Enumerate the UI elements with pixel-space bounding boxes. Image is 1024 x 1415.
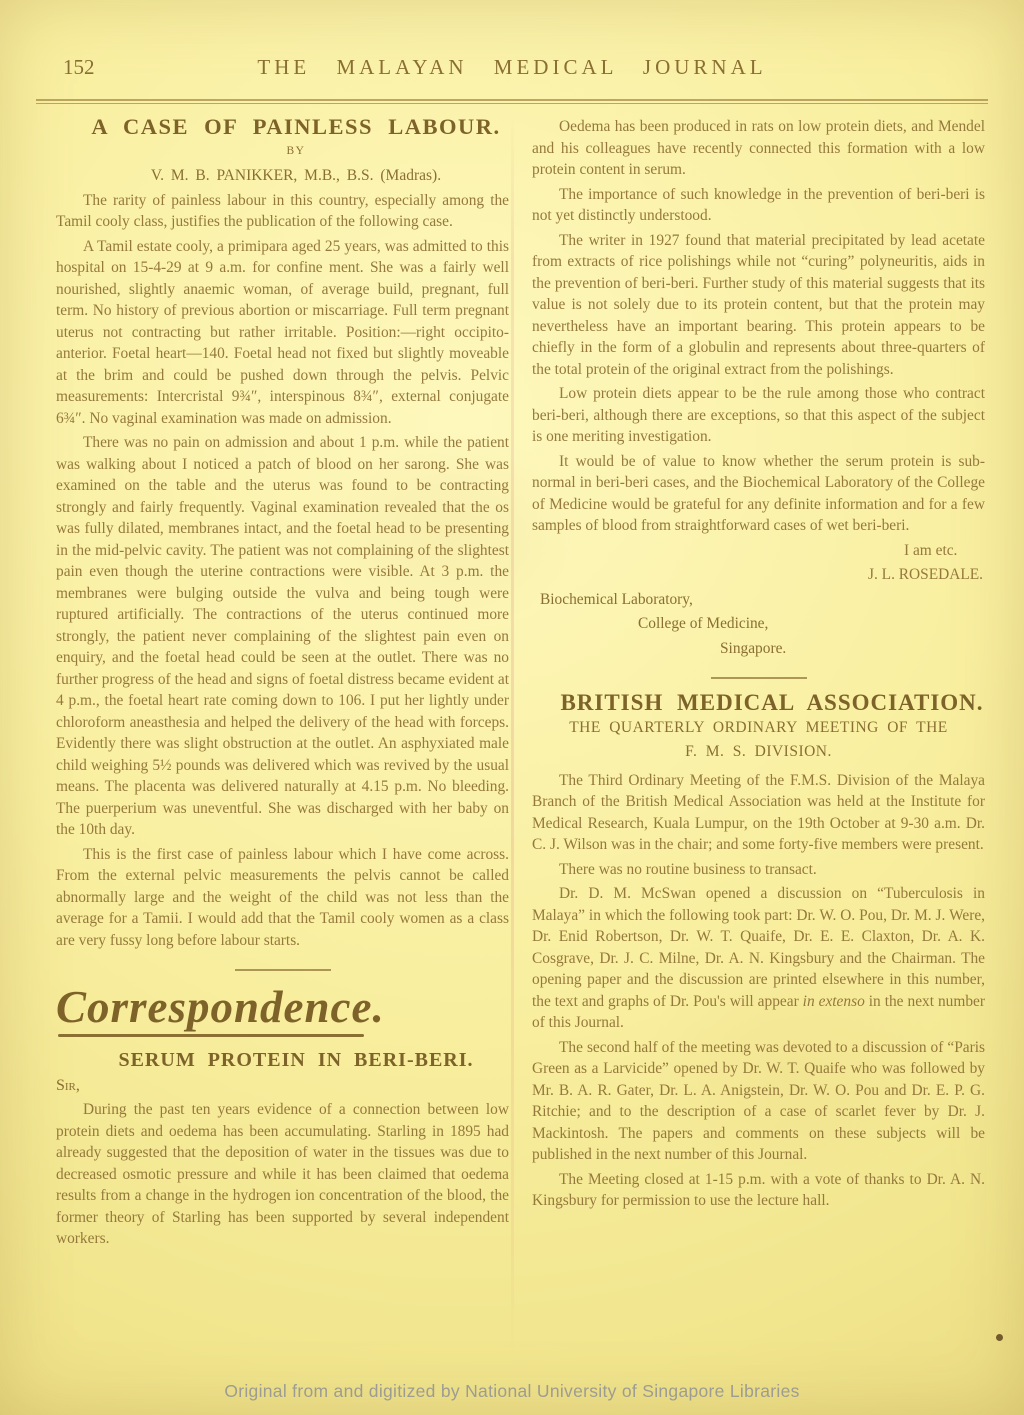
correspondence-underline: [58, 1034, 364, 1037]
latin-phrase: in extenso: [803, 993, 865, 1010]
header-rule: [36, 99, 988, 104]
section-divider: [711, 677, 807, 679]
author-name: V. M. B. PANIKKER, M.B., B.S. (Madras).: [56, 165, 509, 190]
bma-paragraph: The Meeting closed at 1-15 p.m. with a v…: [532, 1169, 985, 1215]
letter-paragraph: It would be of value to know whether the…: [532, 451, 985, 540]
article-paragraph: This is the first case of painless labou…: [56, 844, 509, 955]
article-paragraph: The rarity of painless labour in this co…: [56, 190, 509, 236]
bma-paragraph: The Third Ordinary Meeting of the F.M.S.…: [532, 770, 985, 859]
letter-closing: I am etc.: [532, 540, 985, 565]
address-line: College of Medicine,: [532, 613, 985, 638]
journal-title: THE MALAYAN MEDICAL JOURNAL: [0, 55, 1024, 80]
journal-page: 152 THE MALAYAN MEDICAL JOURNAL A CASE O…: [0, 0, 1024, 1415]
byline-label: BY: [56, 141, 509, 166]
letter-paragraph: The writer in 1927 found that material p…: [532, 230, 985, 384]
right-column: Oedema has been produced in rats on low …: [532, 116, 985, 1253]
bma-section-title: BRITISH MEDICAL ASSOCIATION.: [532, 692, 985, 717]
bma-paragraph: There was no routine business to transac…: [532, 859, 985, 884]
two-column-layout: A CASE OF PAINLESS LABOUR. BY V. M. B. P…: [56, 116, 986, 1253]
correspondence-section-title: Correspondence.: [56, 984, 509, 1031]
article-paragraph: There was no pain on admission and about…: [56, 432, 509, 844]
text-run: Dr. D. M. McSwan opened a discussion on …: [532, 885, 985, 1010]
bma-paragraph: Dr. D. M. McSwan opened a discussion on …: [532, 883, 985, 1037]
article-title: A CASE OF PAINLESS LABOUR.: [56, 116, 509, 141]
article-paragraph: A Tamil estate cooly, a primipara aged 2…: [56, 236, 509, 433]
letter-paragraph: During the past ten years evidence of a …: [56, 1099, 509, 1253]
bma-subtitle-line2: F. M. S. DIVISION.: [532, 741, 985, 770]
letter-paragraph: Oedema has been produced in rats on low …: [532, 116, 985, 184]
paper-speck: [996, 1334, 1003, 1341]
letter-paragraph: Low protein diets appear to be the rule …: [532, 383, 985, 451]
section-divider: [235, 969, 331, 971]
digitization-footer: Original from and digitized by National …: [0, 1381, 1024, 1402]
address-line: Singapore.: [532, 638, 985, 663]
left-column: A CASE OF PAINLESS LABOUR. BY V. M. B. P…: [56, 116, 509, 1253]
letter-paragraph: The importance of such knowledge in the …: [532, 184, 985, 230]
letter-signature: J. L. ROSEDALE.: [532, 564, 985, 589]
address-line: Biochemical Laboratory,: [532, 589, 985, 614]
bma-subtitle-line1: THE QUARTERLY ORDINARY MEETING OF THE: [532, 717, 985, 742]
bma-paragraph: The second half of the meeting was devot…: [532, 1037, 985, 1169]
letter-salutation: Sir,: [56, 1075, 509, 1100]
letter-title: SERUM PROTEIN IN BERI-BERI.: [56, 1050, 509, 1075]
